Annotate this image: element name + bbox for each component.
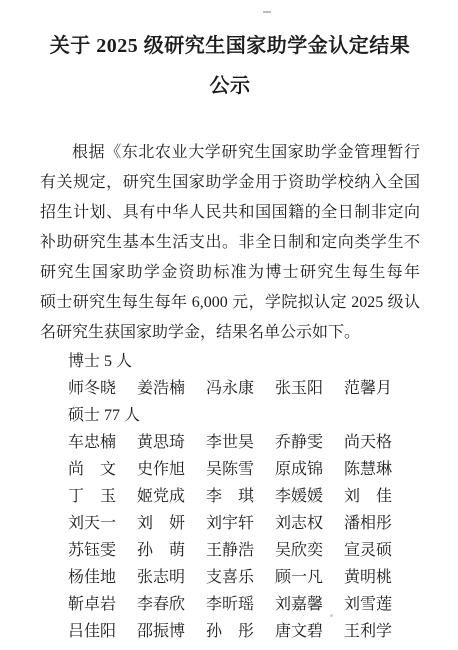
- student-name: 黄明桃: [344, 564, 392, 591]
- name-list: 博士 5 人 师冬晓 姜浩楠 冯永康 张玉阳 范馨月 硕士 77 人 车忠楠 黄…: [40, 348, 420, 645]
- student-name: 靳卓岩: [68, 591, 137, 618]
- student-name: 潘相彤: [344, 510, 392, 537]
- student-name: 李春欣: [137, 591, 206, 618]
- document-page: 关于 2025 级研究生国家助学金认定结果 公示 根据《东北农业大学研究生国家助…: [0, 0, 458, 650]
- student-name: 丁 玉: [68, 483, 137, 510]
- student-name: 唐文碧: [275, 618, 344, 645]
- paragraph-line: 招生计划、具有中华人民共和国国籍的全日制非定向研究生，: [40, 198, 420, 228]
- student-name: 邵振博: [137, 618, 206, 645]
- student-name: 原成锦: [275, 456, 344, 483]
- master-names-row: 刘天一 刘 妍 刘宇轩 刘志权 潘相彤: [40, 510, 420, 537]
- student-name: 刘宇轩: [206, 510, 275, 537]
- paragraph-line: 补助研究生基本生活支出。非全日制和定向类学生不予认定。: [40, 228, 420, 258]
- student-name: 李 琪: [206, 483, 275, 510]
- student-name: 刘天一: [68, 510, 137, 537]
- student-name: 姜浩楠: [137, 375, 206, 402]
- student-name: 车忠楠: [68, 429, 137, 456]
- student-name: 史作旭: [137, 456, 206, 483]
- student-name: 冯永康: [206, 375, 275, 402]
- master-names-row: 靳卓岩 李春欣 李昕瑶 刘嘉馨 刘雪莲: [40, 591, 420, 618]
- scan-artifact-dot: [330, 614, 333, 617]
- paragraph-line: 硕士研究生每生每年 6,000 元，学院拟认定 2025 级认定 82: [40, 288, 420, 318]
- student-name: 宣灵硕: [344, 537, 392, 564]
- student-name: 乔静雯: [275, 429, 344, 456]
- student-name: 刘志权: [275, 510, 344, 537]
- paragraph-line: 有关规定，研究生国家助学金用于资助学校纳入全国研究生: [40, 168, 420, 198]
- paragraph-line: 研究生国家助学金资助标准为博士研究生每生每年13,000 元，: [40, 258, 420, 288]
- student-name: 尚 文: [68, 456, 137, 483]
- masters-section-heading: 硕士 77 人: [40, 402, 420, 429]
- student-name: 李昕瑶: [206, 591, 275, 618]
- master-names-row: 杨佳地 张志明 支喜乐 顾一凡 黄明桃: [40, 564, 420, 591]
- student-name: 师冬晓: [68, 375, 137, 402]
- student-name: 李媛媛: [275, 483, 344, 510]
- document-title: 关于 2025 级研究生国家助学金认定结果 公示: [40, 26, 420, 106]
- paragraph-line: 名研究生获国家助学金，结果名单公示如下。: [40, 318, 420, 348]
- master-names-row: 丁 玉 姬党成 李 琪 李媛媛 刘 佳: [40, 483, 420, 510]
- student-name: 张玉阳: [275, 375, 344, 402]
- student-name: 陈慧琳: [344, 456, 392, 483]
- master-names-row: 车忠楠 黄思琦 李世昊 乔静雯 尚天格: [40, 429, 420, 456]
- scan-artifact-dash: [263, 11, 271, 13]
- student-name: 苏钰雯: [68, 537, 137, 564]
- document-title-line-2: 公示: [40, 66, 420, 106]
- student-name: 吴陈雪: [206, 456, 275, 483]
- student-name: 顾一凡: [275, 564, 344, 591]
- student-name: 黄思琦: [137, 429, 206, 456]
- document-body: 根据《东北农业大学研究生国家助学金管理暂行办法》 有关规定，研究生国家助学金用于…: [40, 138, 420, 348]
- student-name: 王利学: [344, 618, 392, 645]
- student-name: 刘 妍: [137, 510, 206, 537]
- student-name: 尚天格: [344, 429, 392, 456]
- student-name: 李世昊: [206, 429, 275, 456]
- master-names-row: 苏钰雯 孙 萌 王静浩 吴欣奕 宣灵硕: [40, 537, 420, 564]
- paragraph-line: 根据《东北农业大学研究生国家助学金管理暂行办法》: [40, 138, 420, 168]
- master-names-row: 尚 文 史作旭 吴陈雪 原成锦 陈慧琳: [40, 456, 420, 483]
- student-name: 范馨月: [344, 375, 392, 402]
- student-name: 刘雪莲: [344, 591, 392, 618]
- student-name: 孙 彤: [206, 618, 275, 645]
- student-name: 杨佳地: [68, 564, 137, 591]
- student-name: 姬党成: [137, 483, 206, 510]
- student-name: 支喜乐: [206, 564, 275, 591]
- master-names-row: 吕佳阳 邵振博 孙 彤 唐文碧 王利学: [40, 618, 420, 645]
- student-name: 吴欣奕: [275, 537, 344, 564]
- doctor-names-row: 师冬晓 姜浩楠 冯永康 张玉阳 范馨月: [40, 375, 420, 402]
- student-name: 孙 萌: [137, 537, 206, 564]
- student-name: 刘 佳: [344, 483, 392, 510]
- document-title-line-1: 关于 2025 级研究生国家助学金认定结果: [40, 26, 420, 66]
- student-name: 张志明: [137, 564, 206, 591]
- student-name: 吕佳阳: [68, 618, 137, 645]
- student-name: 王静浩: [206, 537, 275, 564]
- doctors-section-heading: 博士 5 人: [40, 348, 420, 375]
- student-name: 刘嘉馨: [275, 591, 344, 618]
